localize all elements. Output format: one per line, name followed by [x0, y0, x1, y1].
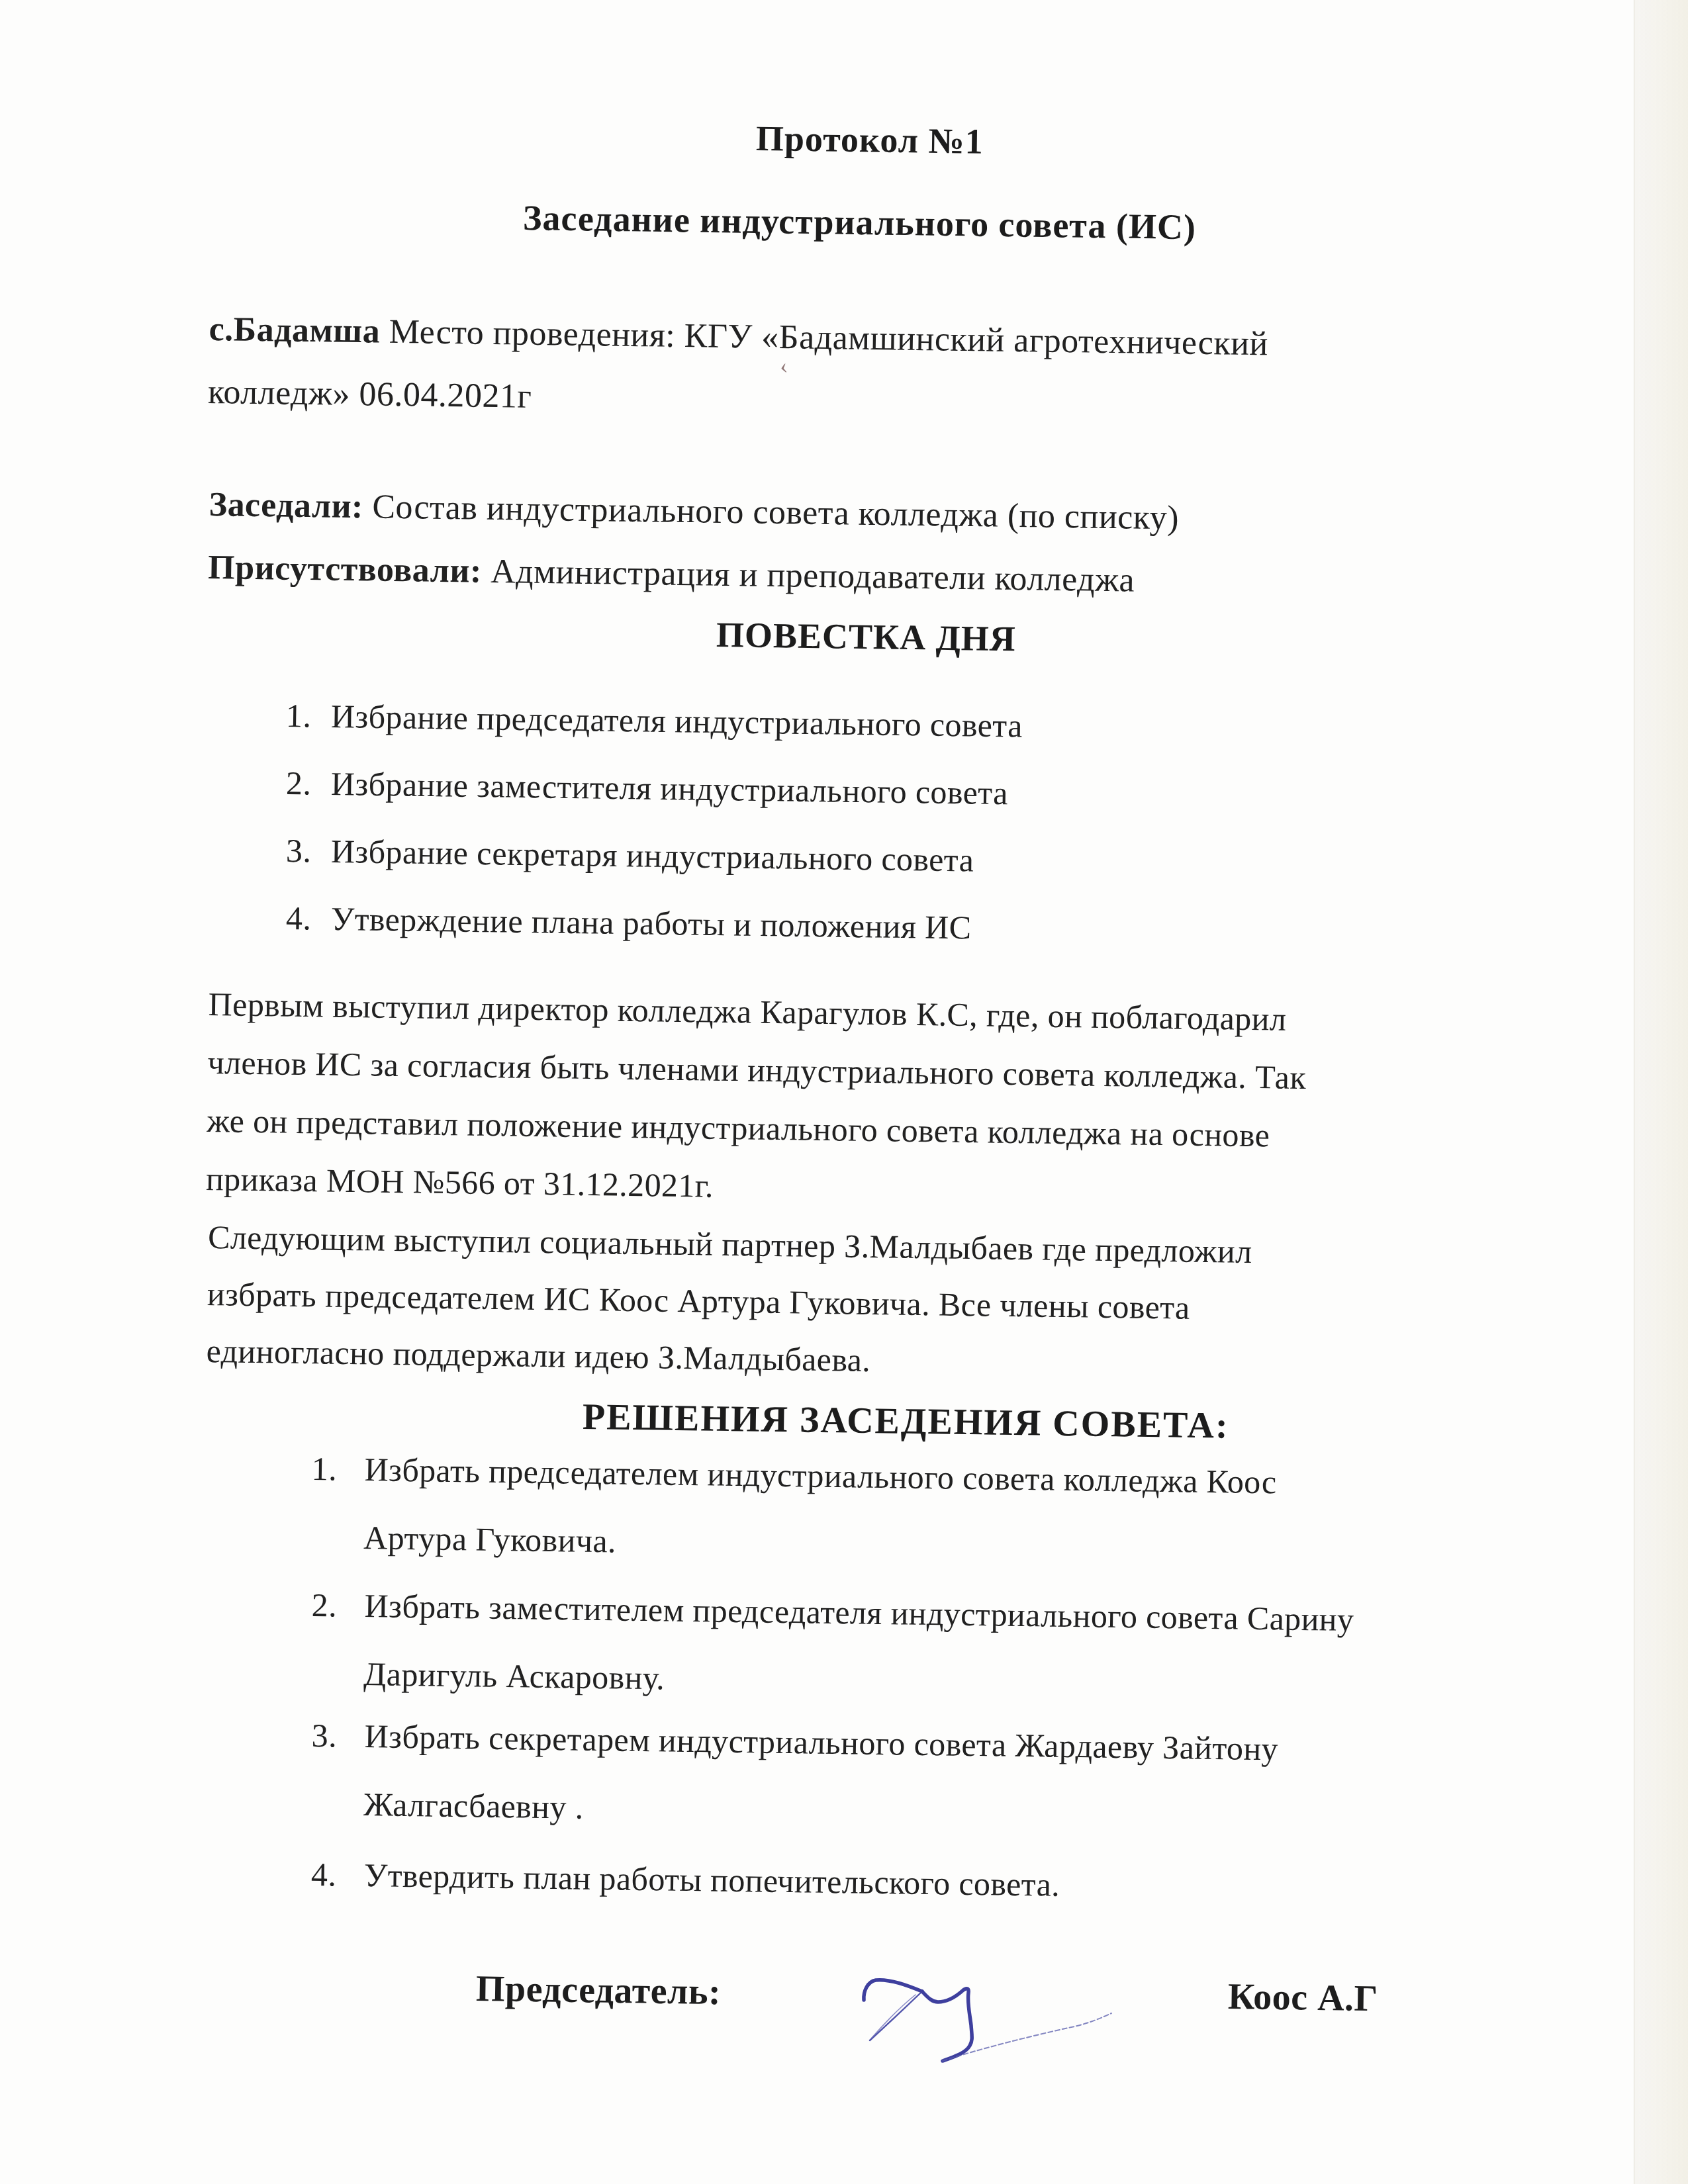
attendance-line-2: Присутствовали: Администрация и преподав…	[208, 536, 1179, 612]
place-label: с.Бадамша	[209, 310, 380, 351]
attended-text: Состав индустриального совета колледжа (…	[363, 488, 1180, 537]
chairman-name: Коос А.Г	[1228, 1976, 1379, 2020]
body-paragraph-2: Следующим выступил социальный партнер З.…	[206, 1208, 1252, 1394]
agenda-item-text: Избрание заместителя индустриального сов…	[331, 765, 1009, 811]
body-paragraph-1: Первым выступил директор колледжа Карагу…	[206, 975, 1307, 1223]
decision-line: Избрать председателем индустриального со…	[364, 1435, 1277, 1516]
scan-edge	[1634, 0, 1688, 2184]
chairman-label: Председатель:	[476, 1968, 722, 2013]
place-text: Место проведения: КГУ «Бадамшинский агро…	[380, 313, 1268, 363]
agenda-item-text: Избрание секретаря индустриального совет…	[331, 833, 974, 879]
decision-item-number: 2.	[311, 1571, 338, 1640]
decision-line: Избрать секретарем индустриального совет…	[364, 1702, 1279, 1783]
agenda-item-number: 2.	[286, 764, 332, 803]
present-label: Присутствовали:	[208, 549, 482, 590]
agenda-item-text: Утверждение плана работы и положения ИС	[331, 900, 972, 946]
decision-line: Жалгасбаевну .	[363, 1770, 1278, 1851]
doc-subtitle: Заседание индустриального совета (ИС)	[523, 197, 1197, 248]
signature-ink	[856, 1971, 1121, 2070]
agenda-item-number: 1.	[286, 696, 332, 735]
agenda-item-1: 1.Избрание председателя индустриального …	[286, 696, 1023, 745]
present-text: Администрация и преподаватели колледжа	[481, 553, 1135, 600]
attendance-block: Заседали: Состав индустриального совета …	[208, 473, 1180, 612]
agenda-item-4: 4.Утверждение плана работы и положения И…	[286, 899, 972, 946]
decision-item-number: 4.	[310, 1841, 337, 1909]
decision-item-number: 1.	[311, 1435, 338, 1504]
document-page: Протокол №1 Заседание индустриального со…	[0, 0, 1688, 2184]
agenda-item-3: 3.Избрание секретаря индустриального сов…	[286, 831, 974, 880]
agenda-item-number: 3.	[286, 831, 332, 870]
decision-item-4: 4. Утвердить план работы попечительского…	[310, 1841, 1060, 1919]
agenda-heading: ПОВЕСТКА ДНЯ	[716, 614, 1017, 659]
intro-paragraph: с.Бадамша Место проведения: КГУ «Бадамши…	[208, 298, 1269, 438]
agenda-item-2: 2.Избрание заместителя индустриального с…	[286, 764, 1009, 812]
agenda-item-number: 4.	[286, 899, 332, 938]
decision-line: Артура Гуковича.	[363, 1504, 1276, 1584]
attended-label: Заседали:	[209, 486, 363, 525]
doc-title: Протокол №1	[756, 118, 984, 162]
decision-line: Утвердить план работы попечительского со…	[363, 1841, 1060, 1919]
decision-item-3: 3. Избрать секретарем индустриального со…	[310, 1702, 1279, 1851]
decision-item-number: 3.	[311, 1702, 338, 1770]
decision-item-1: 1. Избрать председателем индустриального…	[310, 1435, 1278, 1584]
agenda-item-text: Избрание председателя индустриального со…	[331, 698, 1023, 745]
decision-item-2: 2. Избрать заместителем председателя инд…	[310, 1571, 1355, 1722]
